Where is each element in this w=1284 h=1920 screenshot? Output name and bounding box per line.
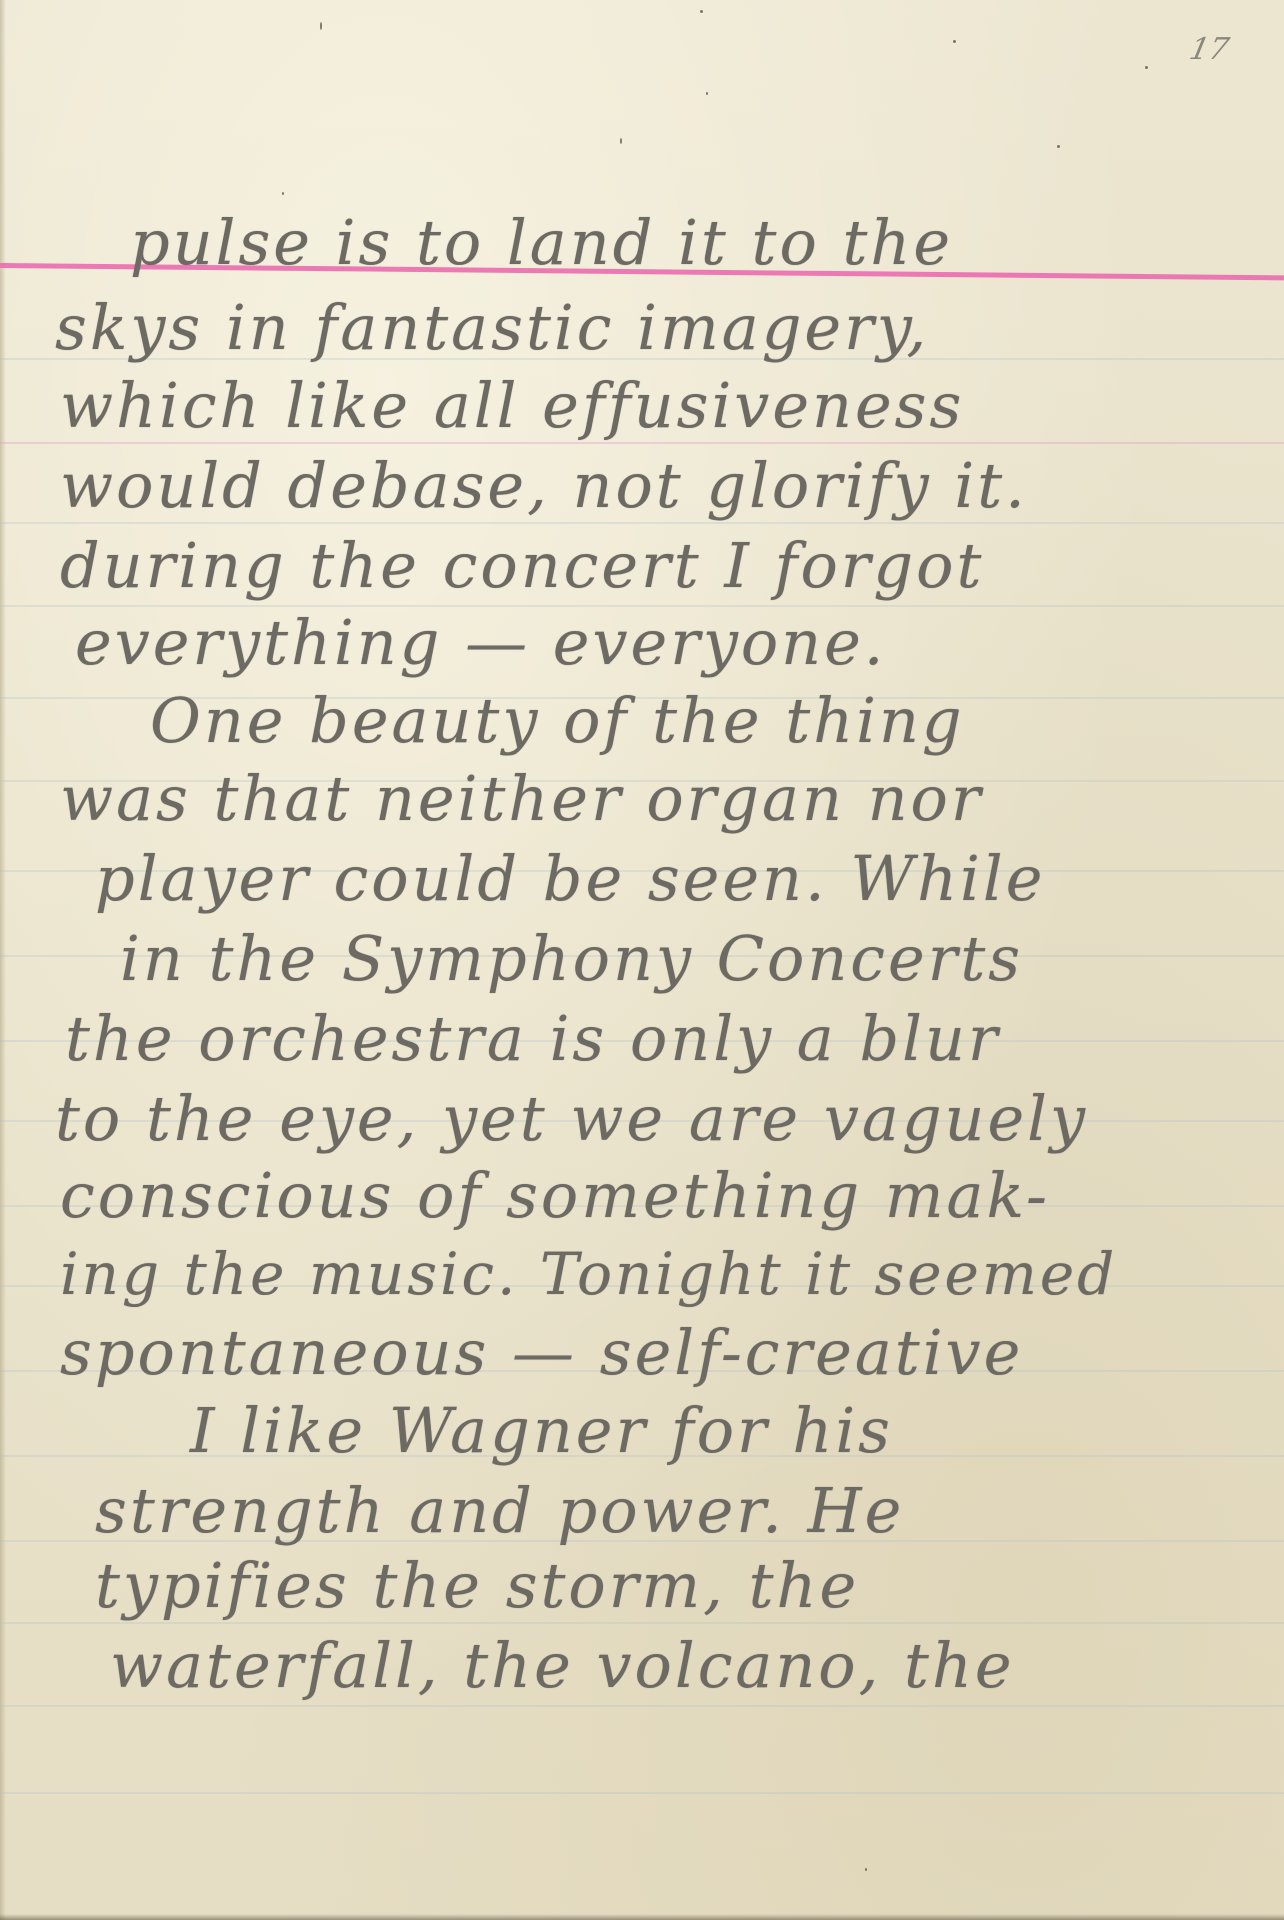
handwritten-line: One beauty of the thing — [150, 690, 965, 752]
handwritten-line: conscious of something mak- — [60, 1165, 1050, 1227]
paper-speck — [865, 1868, 867, 1871]
handwritten-line: was that neither organ nor — [60, 768, 983, 830]
handwritten-line: in the Symphony Concerts — [120, 928, 1023, 990]
paper-speck — [706, 92, 708, 95]
paper-speck — [620, 138, 622, 144]
handwritten-line: strength and power. He — [95, 1480, 904, 1542]
paper-speck — [700, 10, 703, 13]
ruled-line — [0, 442, 1284, 444]
ruled-line — [0, 522, 1284, 524]
handwritten-line: would debase, not glorify it. — [60, 455, 1028, 517]
handwritten-line: I like Wagner for his — [190, 1400, 893, 1462]
handwritten-line: the orchestra is only a blur — [65, 1008, 1001, 1070]
handwritten-line: pulse is to land it to the — [130, 212, 953, 274]
paper-speck — [953, 40, 956, 43]
handwritten-line: waterfall, the volcano, the — [110, 1635, 1015, 1697]
handwritten-line: during the concert I forgot — [60, 535, 984, 597]
ruled-line — [0, 1705, 1284, 1707]
paper-speck — [320, 22, 322, 30]
paper-speck — [1145, 66, 1148, 69]
ruled-line — [0, 1792, 1284, 1794]
paper-speck — [282, 192, 284, 195]
handwritten-line: to the eye, yet we are vaguely — [55, 1088, 1088, 1150]
handwritten-line: typifies the storm, the — [95, 1555, 859, 1617]
handwritten-line: spontaneous — self-creative — [60, 1322, 1023, 1384]
manuscript-page: 17 pulse is to land it to the skys in fa… — [0, 0, 1284, 1920]
page-number: 17 — [1186, 32, 1232, 67]
handwritten-line: skys in fantastic imagery, — [55, 297, 929, 359]
handwritten-line: everything — everyone. — [75, 612, 887, 674]
handwritten-line: player could be seen. While — [95, 848, 1045, 910]
paper-speck — [1057, 145, 1060, 148]
handwritten-line: which like all effusiveness — [60, 375, 964, 437]
paper-edge-shadow — [0, 0, 6, 1920]
handwritten-line: ing the music. Tonight it seemed — [60, 1245, 1117, 1303]
ruled-line — [0, 1622, 1284, 1624]
